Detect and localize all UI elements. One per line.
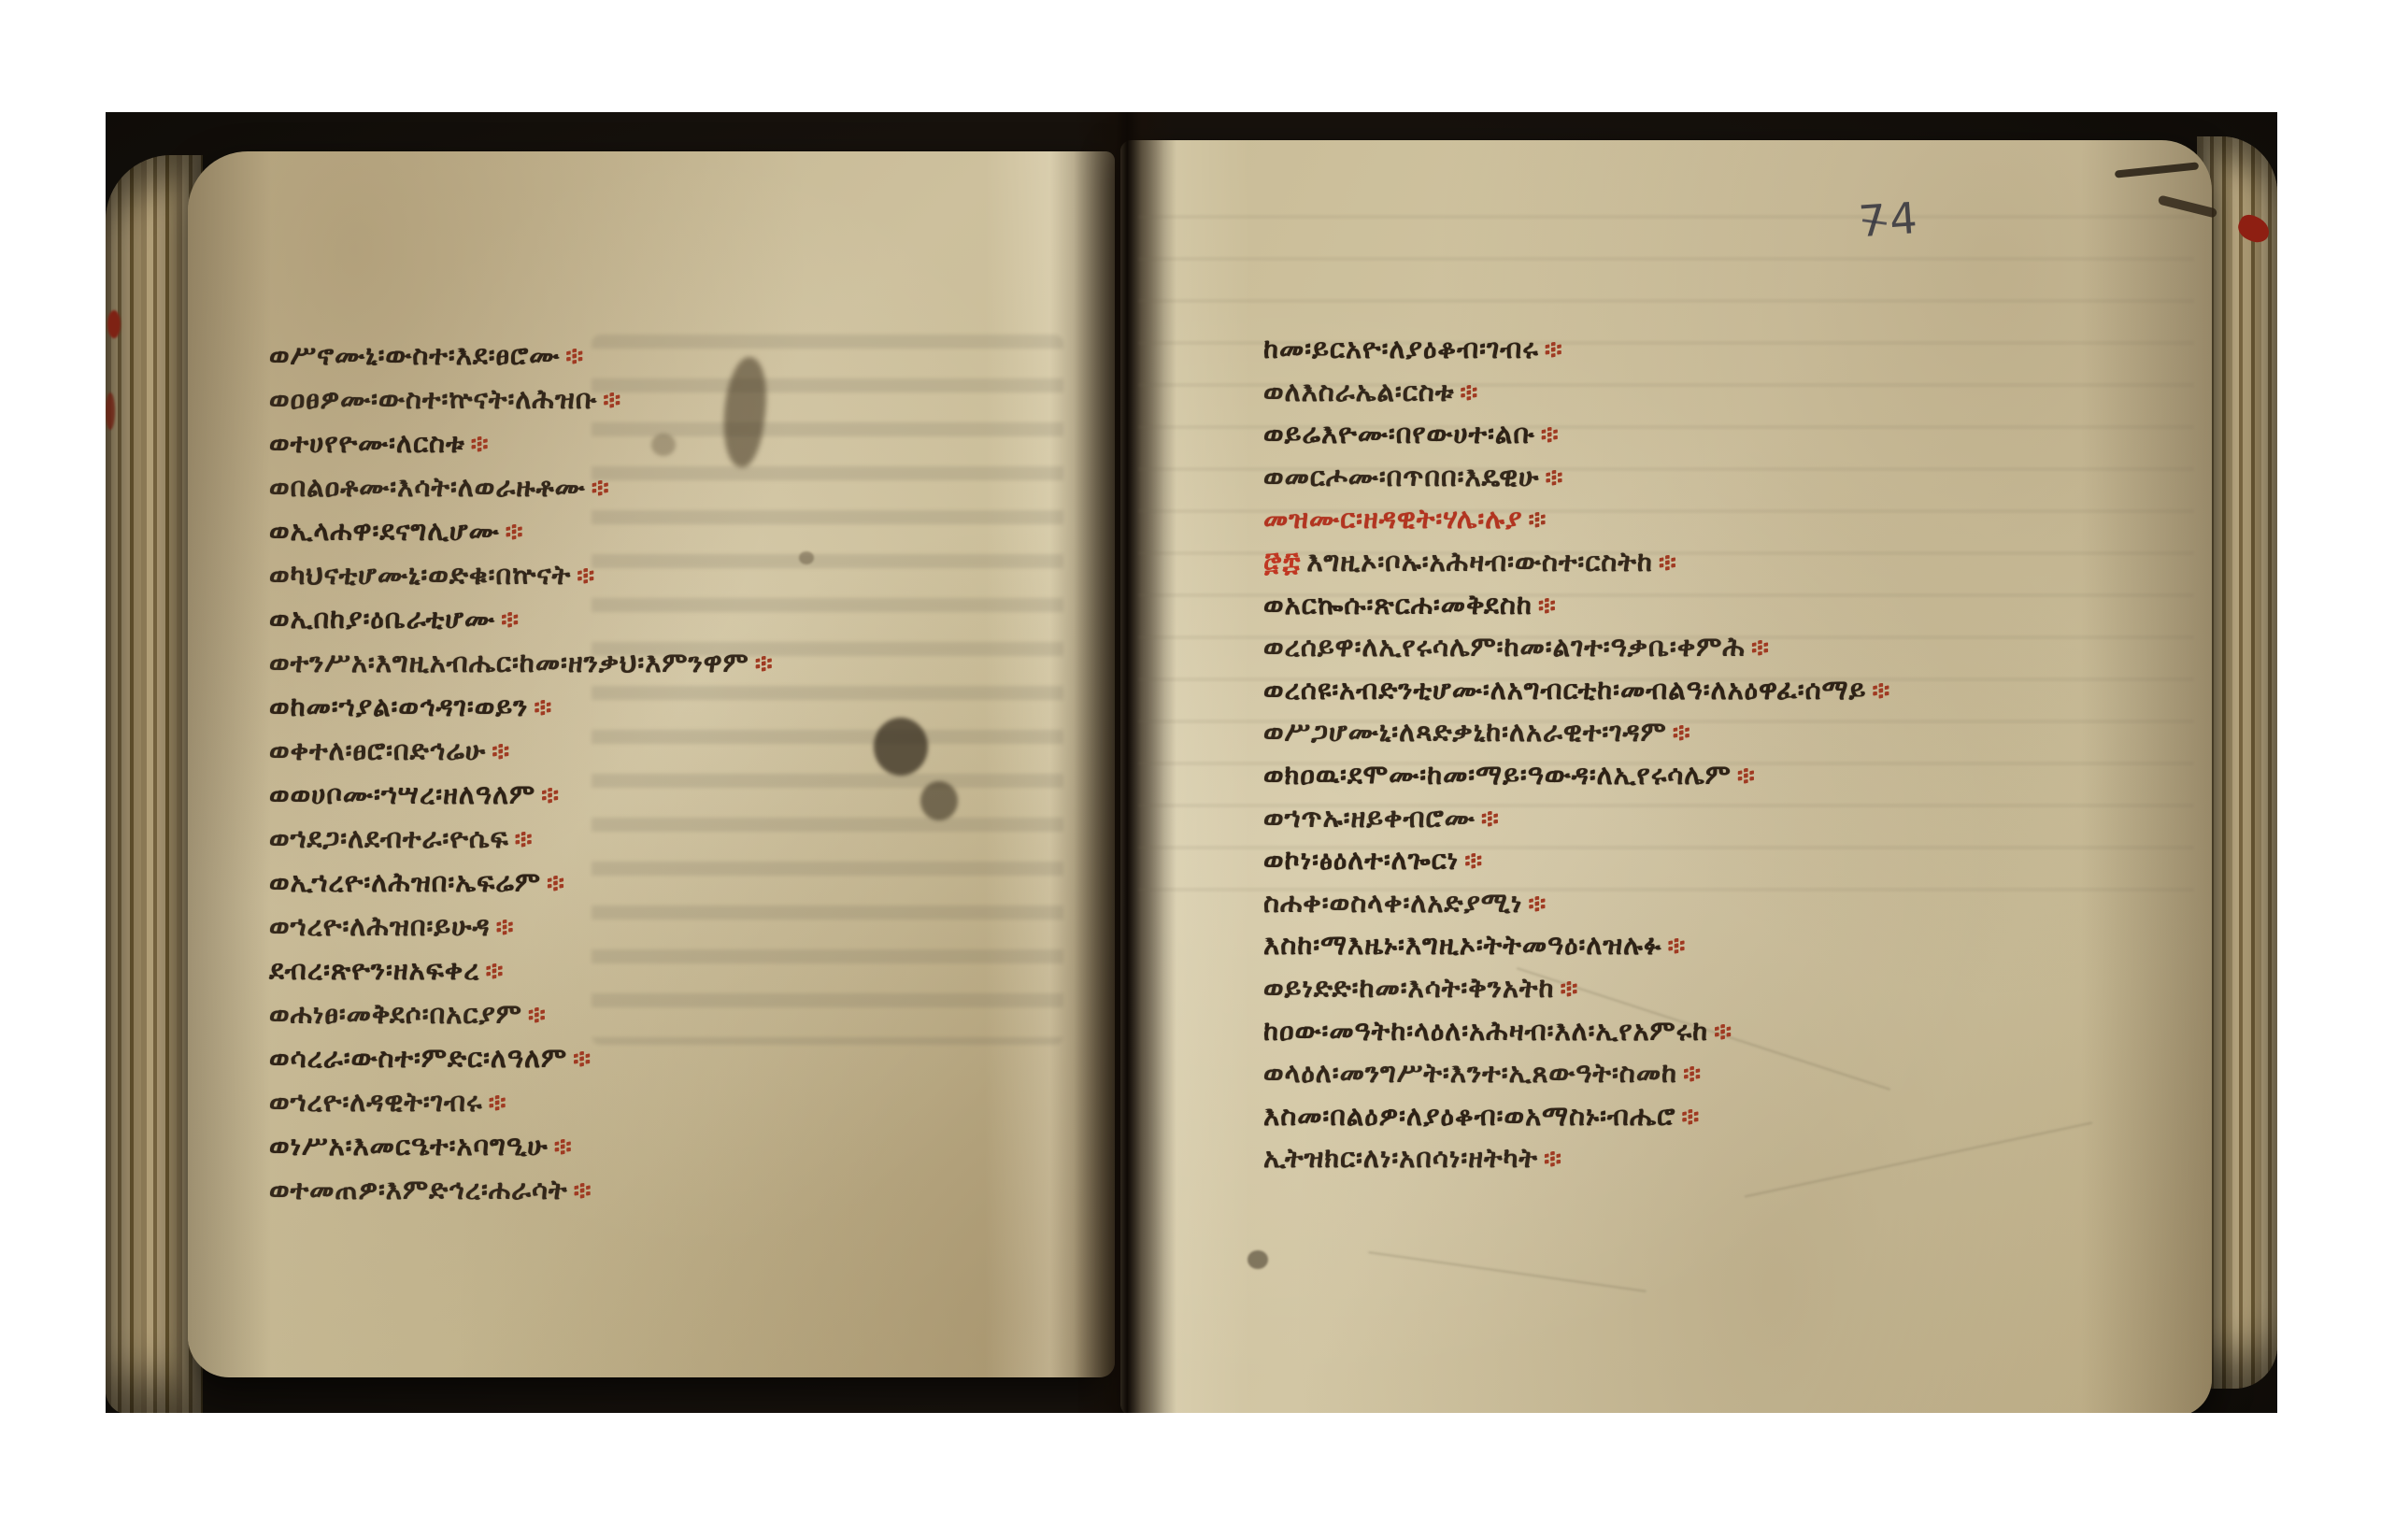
text-line: ወኢኀረዮ፡ለሕዝበ፡ኤፍሬም፨ [269, 861, 1110, 905]
line-text: ወመርሖሙ፡በጥበበ፡እዴዊሁ [1263, 461, 1539, 492]
text-line: ወኮነ፡ፅዕለተ፡ለጐርነ፨ [1263, 839, 2207, 882]
line-text: ደብረ፡ጽዮን፡ዘአፍቀረ [269, 954, 479, 986]
line-text: እስከ፡ማእዜኑ፡እግዚኦ፡ትትመዓዕ፡ለዝሉፉ [1263, 929, 1662, 961]
line-separator: ፨ [1545, 463, 1562, 492]
line-separator: ፨ [534, 693, 551, 722]
text-line: ወቀተለ፡ፀሮ፡በድኅሬሁ፨ [269, 729, 1110, 773]
line-separator: ፨ [489, 1089, 506, 1118]
line-separator: ፨ [1464, 847, 1482, 876]
line-text: ወለእስራኤል፡ርስቱ [1263, 376, 1454, 407]
line-text: ወኮነ፡ፅዕለተ፡ለጐርነ [1263, 844, 1459, 876]
line-text: ወሳረራ፡ውስተ፡ምድር፡ለዓለም [269, 1042, 567, 1074]
line-separator: ፨ [1659, 549, 1676, 577]
line-text: ወወሀቦሙ፡ኀሣረ፡ዘለዓለም [269, 778, 535, 810]
text-line: ደብረ፡ጽዮን፡ዘአፍቀረ፨ [269, 948, 1110, 992]
line-text: እስመ፡በልዕዎ፡ለያዕቆብ፡ወአማስኑ፡ብሔሮ [1263, 1100, 1675, 1132]
line-separator: ፨ [1560, 975, 1577, 1004]
text-line: ወይነድድ፡ከመ፡እሳት፡ቅንአትከ፨ [1263, 967, 2207, 1010]
text-line: ወረሰይዋ፡ለኢየሩሳሌም፡ከመ፡ልገተ፡ዓቃቤ፡ቀምሕ፨ [1263, 626, 2207, 669]
line-text: ወኢበከያ፡ዕቤራቲሆሙ [269, 603, 495, 635]
line-text: ወኢላሐዋ፡ደናግሊሆሙ [269, 515, 500, 547]
line-separator: ፨ [1872, 677, 1889, 706]
text-line: ወሐነፀ፡መቅደሶ፡በአርያም፨ [269, 992, 1110, 1036]
line-separator: ፨ [1714, 1018, 1732, 1047]
line-separator: ፨ [1737, 762, 1755, 791]
ink-stain [1248, 1250, 1268, 1269]
text-line: ወኀጥኡ፡ዘይቀብሮሙ፨ [1263, 797, 2207, 840]
line-text: ወቀተለ፡ፀሮ፡በድኅሬሁ [269, 734, 486, 766]
text-line: ወበልዐቶሙ፡እሳት፡ለወራዙቶሙ፨ [269, 465, 1110, 509]
rubric-text: መዝሙር፡ዘዳዊት፡ሃሌ፡ሉያ [1263, 503, 1522, 535]
line-text: ወተመጠዎ፡እምድኅረ፡ሐራሳት [269, 1174, 568, 1205]
text-line: ወይሬእዮሙ፡በየውሀተ፡ልቡ፨ [1263, 413, 2207, 456]
line-separator: ፨ [1528, 506, 1546, 535]
line-text: ወረሰዩ፡አብድንቲሆሙ፡ለአግብርቲከ፡መብልዓ፡ለአዕዋፈ፡ሰማይ [1263, 674, 1866, 706]
line-separator: ፨ [592, 474, 609, 503]
line-separator: ፨ [565, 342, 583, 371]
left-page-text-block: ወሥኖሙኒ፡ውስተ፡እደ፡ፀሮሙ፨ ወዐፀዎሙ፡ውስተ፡ኵናት፡ለሕዝቡ፨ ወተ… [269, 334, 1110, 1212]
line-text: ወክዐዉ፡ደሞሙ፡ከመ፡ማይ፡ዓውዳ፡ለኢየሩሳሌም [1263, 759, 1732, 791]
line-separator: ፨ [574, 1176, 592, 1205]
text-line: ወሥጋሆሙኒ፡ለጻድቃኒከ፡ለአራዊተ፡ገዳም፨ [1263, 711, 2207, 754]
text-line: ወክዐዉ፡ደሞሙ፡ከመ፡ማይ፡ዓውዳ፡ለኢየሩሳሌም፨ [1263, 754, 2207, 797]
text-line: ወከመ፡ኀያል፡ወኅዳገ፡ወይን፨ [269, 685, 1110, 729]
line-separator: ፨ [515, 825, 533, 854]
line-text: ወኀጥኡ፡ዘይቀብሮሙ [1263, 802, 1476, 834]
line-separator: ፨ [485, 957, 503, 986]
line-separator: ፨ [1528, 890, 1546, 919]
text-line: ወመርሖሙ፡በጥበበ፡እዴዊሁ፨ [1263, 456, 2207, 499]
line-separator: ፨ [1673, 719, 1690, 748]
text-line: ወካህናቲሆሙኒ፡ወድቁ፡በኵናት፨ [269, 553, 1110, 597]
line-text: ኢትዝክር፡ለነ፡አበሳነ፡ዘትካት [1263, 1142, 1538, 1174]
psalm-number: ፸፰ [1263, 546, 1301, 577]
text-line: ወኀረዮ፡ለዳዊት፡ገብሩ፨ [269, 1080, 1110, 1124]
line-text: ወተሀየዮሙ፡ለርስቱ [269, 427, 465, 459]
text-line: ወነሥአ፡እመርዔተ፡አባግዒሁ፨ [269, 1124, 1110, 1168]
text-line: ወኀደጋ፡ለደብተራ፡ዮሴፍ፨ [269, 817, 1110, 861]
line-separator: ፨ [1538, 592, 1556, 620]
text-line: እስከ፡ማእዜኑ፡እግዚኦ፡ትትመዓዕ፡ለዝሉፉ፨ [1263, 924, 2207, 967]
text-line-psalm-start: ፸፰እግዚኦ፡ቦኡ፡አሕዛብ፡ውስተ፡ርስትከ፨ [1263, 541, 2207, 584]
line-separator: ፨ [573, 1045, 591, 1074]
text-line: ወረሰዩ፡አብድንቲሆሙ፡ለአግብርቲከ፡መብልዓ፡ለአዕዋፈ፡ሰማይ፨ [1263, 669, 2207, 712]
line-separator: ፨ [603, 386, 620, 415]
photo-background: 74 ወሥኖሙኒ፡ውስተ፡እደ፡ፀሮሙ፨ ወዐፀዎሙ፡ውስተ፡ኵናት፡ለሕዝቡ፨… [106, 112, 2277, 1413]
text-line: ወተሀየዮሙ፡ለርስቱ፨ [269, 421, 1110, 465]
text-line: ወለእስራኤል፡ርስቱ፨ [1263, 371, 2207, 414]
line-separator: ፨ [506, 518, 523, 547]
line-separator: ፨ [1544, 1145, 1561, 1174]
line-text: ስሐቀ፡ወስላቀ፡ለአድያሚነ [1263, 887, 1522, 919]
text-line: ወኢላሐዋ፡ደናግሊሆሙ፨ [269, 509, 1110, 553]
text-line: ከዐው፡መዓትከ፡ላዕለ፡አሕዛብ፡እለ፡ኢየአምሩከ፨ [1263, 1010, 2207, 1053]
line-text: ወኢኀረዮ፡ለሕዝበ፡ኤፍሬም [269, 866, 541, 898]
line-text: ወተንሥአ፡እግዚአብሔር፡ከመ፡ዘንቃህ፡እምንዋም [269, 647, 749, 678]
line-separator: ፨ [471, 430, 489, 459]
line-text: ወይነድድ፡ከመ፡እሳት፡ቅንአትከ [1263, 972, 1554, 1004]
line-text: ወነሥአ፡እመርዔተ፡አባግዒሁ [269, 1130, 549, 1162]
line-separator: ፨ [1481, 805, 1499, 834]
line-separator: ፨ [1668, 932, 1686, 961]
line-text: ወበልዐቶሙ፡እሳት፡ለወራዙቶሙ [269, 471, 586, 503]
line-text: ወይሬእዮሙ፡በየውሀተ፡ልቡ [1263, 418, 1535, 449]
text-line: ስሐቀ፡ወስላቀ፡ለአድያሚነ፨ [1263, 882, 2207, 925]
line-separator: ፨ [1541, 421, 1559, 449]
text-line: ወአርኰሱ፡ጽርሐ፡መቅደስከ፨ [1263, 584, 2207, 627]
text-line: ከመ፡ይርአዮ፡ለያዕቆብ፡ገብሩ፨ [1263, 328, 2207, 371]
line-separator: ፨ [528, 1001, 546, 1030]
line-separator: ፨ [755, 649, 773, 678]
line-text: ወላዕለ፡መንግሥት፡እንተ፡ኢጸውዓት፡ስመከ [1263, 1057, 1677, 1089]
line-separator: ፨ [541, 781, 559, 810]
line-text: ወካህናቲሆሙኒ፡ወድቁ፡በኵናት [269, 559, 571, 591]
red-thread-mark [106, 392, 115, 430]
line-separator: ፨ [1545, 335, 1562, 364]
text-line: ወወሀቦሙ፡ኀሣረ፡ዘለዓለም፨ [269, 773, 1110, 817]
line-text: ከዐው፡መዓትከ፡ላዕለ፡አሕዛብ፡እለ፡ኢየአምሩከ [1263, 1015, 1708, 1047]
line-separator: ፨ [577, 562, 594, 591]
text-line: ወተንሥአ፡እግዚአብሔር፡ከመ፡ዘንቃህ፡እምንዋም፨ [269, 641, 1110, 685]
line-text: ወአርኰሱ፡ጽርሐ፡መቅደስከ [1263, 589, 1533, 620]
line-separator: ፨ [1681, 1103, 1699, 1132]
line-text: ወረሰይዋ፡ለኢየሩሳሌም፡ከመ፡ልገተ፡ዓቃቤ፡ቀምሕ [1263, 631, 1746, 663]
line-separator: ፨ [501, 606, 519, 635]
line-text: ከመ፡ይርአዮ፡ለያዕቆብ፡ገብሩ [1263, 333, 1539, 364]
text-line: ወሳረራ፡ውስተ፡ምድር፡ለዓለም፨ [269, 1036, 1110, 1080]
line-text: ወሥኖሙኒ፡ውስተ፡እደ፡ፀሮሙ [269, 339, 560, 371]
line-separator: ፨ [1460, 378, 1477, 407]
line-separator: ፨ [492, 737, 509, 766]
line-separator: ፨ [1683, 1060, 1701, 1089]
text-line: ወኢበከያ፡ዕቤራቲሆሙ፨ [269, 597, 1110, 641]
line-separator: ፨ [554, 1133, 572, 1162]
line-text: ወኀረዮ፡ለሕዝበ፡ይሁዳ [269, 910, 491, 942]
line-text: ወሐነፀ፡መቅደሶ፡በአርያም [269, 998, 522, 1030]
line-text: ወከመ፡ኀያል፡ወኅዳገ፡ወይን [269, 691, 528, 722]
line-separator: ፨ [496, 913, 514, 942]
text-line: ወሥኖሙኒ፡ውስተ፡እደ፡ፀሮሙ፨ [269, 334, 1110, 378]
line-text: ወዐፀዎሙ፡ውስተ፡ኵናት፡ለሕዝቡ [269, 383, 597, 415]
line-separator: ፨ [1751, 634, 1769, 663]
text-line: ወላዕለ፡መንግሥት፡እንተ፡ኢጸውዓት፡ስመከ፨ [1263, 1052, 2207, 1095]
text-line: ወዐፀዎሙ፡ውስተ፡ኵናት፡ለሕዝቡ፨ [269, 378, 1110, 421]
line-text: ወኀደጋ፡ለደብተራ፡ዮሴፍ [269, 822, 509, 854]
rubric-line-psalm-title: መዝሙር፡ዘዳዊት፡ሃሌ፡ሉያ፨ [1263, 498, 2207, 541]
line-text: እግዚኦ፡ቦኡ፡አሕዛብ፡ውስተ፡ርስትከ [1306, 546, 1653, 577]
line-text: ወሥጋሆሙኒ፡ለጻድቃኒከ፡ለአራዊተ፡ገዳም [1263, 716, 1667, 748]
red-thread-mark [107, 310, 121, 338]
text-line: ወተመጠዎ፡እምድኅረ፡ሐራሳት፨ [269, 1168, 1110, 1212]
text-line: እስመ፡በልዕዎ፡ለያዕቆብ፡ወአማስኑ፡ብሔሮ፨ [1263, 1095, 2207, 1138]
line-text: ወኀረዮ፡ለዳዊት፡ገብሩ [269, 1086, 483, 1118]
text-line: ወኀረዮ፡ለሕዝበ፡ይሁዳ፨ [269, 905, 1110, 948]
text-line: ኢትዝክር፡ለነ፡አበሳነ፡ዘትካት፨ [1263, 1137, 2207, 1180]
line-separator: ፨ [547, 869, 564, 898]
scanned-manuscript-photo: 74 ወሥኖሙኒ፡ውስተ፡እደ፡ፀሮሙ፨ ወዐፀዎሙ፡ውስተ፡ኵናት፡ለሕዝቡ፨… [0, 0, 2381, 1540]
right-page-text-block: ከመ፡ይርአዮ፡ለያዕቆብ፡ገብሩ፨ ወለእስራኤል፡ርስቱ፨ ወይሬእዮሙ፡በ… [1263, 328, 2207, 1180]
